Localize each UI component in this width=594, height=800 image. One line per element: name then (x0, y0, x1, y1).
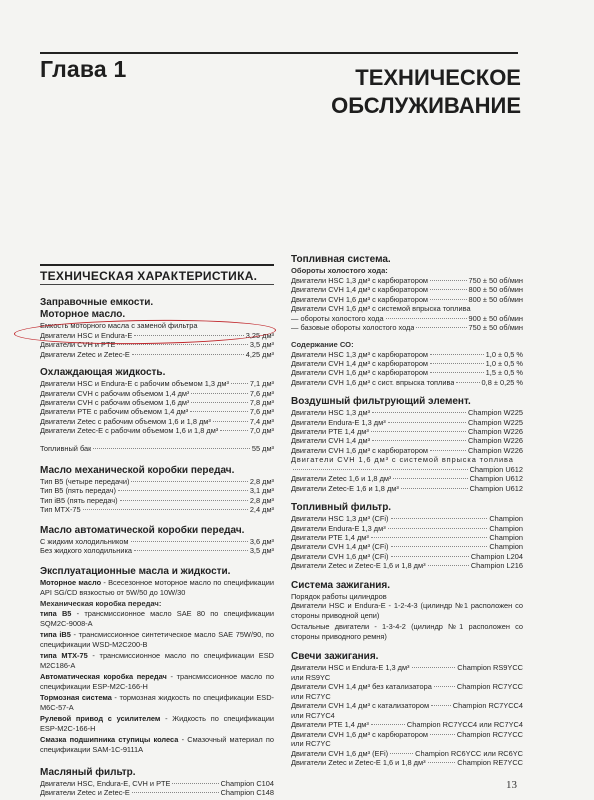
spec-label: Двигатели CVH 1,6 дм³ с карбюратором (291, 295, 428, 304)
spec-row: Двигатели Zetec и Zetec-E 1,6 и 1,8 дм³C… (291, 561, 523, 570)
spec-row: Двигатели CVH 1,6 дм³ с карбюратором800 … (291, 295, 523, 304)
spec-label: Двигатели CVH и PTE (40, 340, 115, 349)
spec-label: Двигатели CVH 1,6 дм³ (EFi) (291, 749, 388, 758)
spec-value: Champion C148 (221, 788, 274, 797)
dot-leader (430, 372, 484, 373)
manual-gearbox-heading: Масло механической коробки передач. (40, 465, 274, 477)
air-filter-injection-row: Champion U612 (291, 465, 523, 474)
fluid-brake: Тормозная система - тормозная жидкость п… (40, 693, 274, 713)
spec-label: Двигатели HSC и Endura-E (40, 331, 132, 340)
spec-value: 7,0 дм³ (250, 426, 274, 435)
dot-leader (393, 478, 467, 479)
ignition-heading: Система зажигания. (291, 580, 523, 592)
spark-plugs-heading: Свечи зажигания. (291, 651, 523, 663)
spec-value: 3,5 дм³ (250, 546, 274, 555)
dot-leader (132, 792, 219, 793)
dot-leader (412, 667, 456, 668)
auto-gearbox-list: С жидким холодильником3,6 дм³Без жидкого… (40, 537, 274, 556)
left-column: ТЕХНИЧЕСКАЯ ХАРАКТЕРИСТИКА. Заправочные … (40, 264, 274, 797)
spec-label: Двигатели CVH 1,6 дм³ (CFi) (291, 552, 389, 561)
dot-leader (391, 556, 469, 557)
spec-row: Двигатели HSC 1,3 дм³ с карбюратором1,0 … (291, 350, 523, 359)
fuel-filter-list: Двигатели HSC 1,3 дм³ (CFi)ChampionДвига… (291, 514, 523, 570)
spec-value: 7,6 дм³ (250, 389, 274, 398)
spec-value: Champion RC7YCC4 или RC7YC4 (407, 720, 523, 729)
spec-value: Champion W226 (468, 436, 523, 445)
dot-leader (428, 565, 469, 566)
spec-value: 3,25 дм³ (246, 331, 274, 340)
spec-value: 2,8 дм³ (250, 477, 274, 486)
spec-row: Двигатели CVH с рабочим объемом 1,6 дм³7… (40, 398, 274, 407)
spec-row: Двигатели CVH и PTE3,5 дм³ (40, 340, 274, 349)
spec-row: Двигатели HSC, Endura-E, CVH и PTEChampi… (40, 779, 274, 788)
spec-label: Двигатели Zetec с рабочим объемом 1,6 и … (40, 417, 211, 426)
dot-leader (388, 422, 466, 423)
fluid-b5: типа B5 - трансмиссионное масло SAE 80 п… (40, 609, 274, 629)
dot-leader (416, 327, 466, 328)
spec-row: Тип B5 (четыре передачи)2,8 дм³ (40, 477, 274, 486)
spec-row: Двигатели CVH 1,6 дм³ (CFi)Champion L204 (291, 552, 523, 561)
spec-label: Двигатели CVH 1,4 дм³ (291, 436, 370, 445)
dot-leader (131, 481, 247, 482)
spec-label: Двигатели CVH с рабочим объемом 1,4 дм³ (40, 389, 189, 398)
spec-row: Двигатели CVH 1,4 дм³ с карбюратором1,0 … (291, 359, 523, 368)
spec-label: Двигатели PTE 1,4 дм³ (291, 720, 369, 729)
spec-label: Двигатели Zetec и Zetec-E 1,6 и 1,8 дм³ (291, 561, 426, 570)
dot-leader (190, 411, 248, 412)
spec-label: Двигатели Zetec-E 1,6 и 1,8 дм³ (291, 484, 399, 493)
spec-row: Двигатели Zetec и Zetec-EChampion C148 (40, 788, 274, 797)
dot-leader (118, 490, 248, 491)
engine-oil-note: Емкость моторного масла с заменой фильтр… (40, 321, 274, 331)
spec-label: Двигатели HSC 1,3 дм³ с карбюратором (291, 276, 428, 285)
spec-value: Champion (489, 542, 523, 551)
chapter-label: Глава 1 (40, 56, 127, 83)
chapter-title: ТЕХНИЧЕСКОЕ ОБСЛУЖИВАНИЕ (331, 64, 521, 120)
spark-plug-alt: или RC7YC (291, 739, 523, 749)
air-filter-injection-line: Двигатели CVH 1,6 дм³ с системой впрыска… (291, 455, 523, 465)
spec-row: Двигатели CVH 1,4 дм³ с карбюратором800 … (291, 285, 523, 294)
spark-plug-row: Двигатели PTE 1,4 дм³Champion RC7YCC4 ил… (291, 720, 523, 729)
spark-plug-row: Двигатели CVH 1,6 дм³ с карбюраторомCham… (291, 730, 523, 739)
spec-label: Тип B5 (пять передач) (40, 486, 116, 495)
co-list: Двигатели HSC 1,3 дм³ с карбюратором1,0 … (291, 350, 523, 388)
spec-value: Champion W225 (468, 418, 523, 427)
spec-value: 4,25 дм³ (246, 350, 274, 359)
auto-gearbox-heading: Масло автоматической коробки передач. (40, 525, 274, 537)
spec-row: Двигатели Zetec-E с рабочим объемом 1,6 … (40, 426, 274, 435)
dot-leader (134, 550, 248, 551)
spec-label: Двигатели HSC, Endura-E, CVH и PTE (40, 779, 170, 788)
spec-row: Двигатели HSC и Endura-E с рабочим объем… (40, 379, 274, 388)
dot-leader (401, 488, 468, 489)
spark-plug-alt: или RC7YC (291, 692, 523, 702)
air-filter-list-2: Двигатели Zetec 1,6 и 1,8 дм³Champion U6… (291, 474, 523, 493)
dot-leader (456, 382, 479, 383)
spec-label: Двигатели CVH 1,4 дм³ с карбюратором (291, 359, 428, 368)
dot-leader (430, 299, 467, 300)
spec-value: Champion RC7YCC4 (453, 701, 523, 710)
dot-leader (434, 686, 455, 687)
spec-label: Двигатели Zetec и Zetec-E 1,6 и 1,8 дм³ (291, 758, 426, 767)
spec-value: Champion U612 (470, 484, 523, 493)
spec-label: Двигатели HSC 1,3 дм³ (291, 408, 370, 417)
fluid-engine-oil: Моторное масло - Всесезонное моторное ма… (40, 578, 274, 598)
air-filter-heading: Воздушный фильтрующий элемент. (291, 396, 523, 408)
dot-leader (372, 412, 466, 413)
spec-value: Champion (489, 514, 523, 523)
firing-order-label: Порядок работы цилиндров (291, 592, 523, 602)
fuel-tank-label: Топливный бак (40, 444, 91, 453)
dot-leader (371, 724, 405, 725)
dot-leader (430, 289, 467, 290)
spec-row: Двигатели PTE 1,4 дм³Champion (291, 533, 523, 542)
spec-label: Двигатели PTE с рабочим объемом 1,4 дм³ (40, 407, 188, 416)
spec-value: Champion RC7YCC (457, 682, 523, 691)
spec-value: 750 ± 50 об/мин (469, 276, 523, 285)
engine-oil-heading: Моторное масло. (40, 309, 274, 321)
dot-leader (220, 430, 248, 431)
firing-order-line2: Остальные двигатели - 1-3-4-2 (цилиндр №… (291, 622, 523, 642)
fluid-steering: Рулевой привод с усилителем - Жидкость п… (40, 714, 274, 734)
spec-row: Двигатели PTE 1,4 дм³Champion W226 (291, 427, 523, 436)
air-filter-injection-value: Champion U612 (470, 465, 523, 474)
spec-label: Двигатели Endura-E 1,3 дм³ (291, 524, 386, 533)
fuel-tank-value: 55 дм³ (252, 444, 274, 453)
manual-page: Глава 1 ТЕХНИЧЕСКОЕ ОБСЛУЖИВАНИЕ ТЕХНИЧЕ… (0, 0, 594, 800)
spec-row: Двигатели CVH 1,4 дм³Champion W226 (291, 436, 523, 445)
spec-value: Champion C104 (221, 779, 274, 788)
spec-label: Двигатели CVH 1,6 дм³ с карбюратором (291, 368, 428, 377)
spec-label: Двигатели HSC 1,3 дм³ (CFi) (291, 514, 389, 523)
spec-value: 7,6 дм³ (250, 407, 274, 416)
spec-label: Двигатели PTE 1,4 дм³ (291, 533, 369, 542)
spec-row: Двигатели Zetec-E 1,6 и 1,8 дм³Champion … (291, 484, 523, 493)
spec-row: Двигатели CVH с рабочим объемом 1,4 дм³7… (40, 389, 274, 398)
dot-leader (231, 383, 248, 384)
spec-value: Champion W225 (468, 408, 523, 417)
spec-label: Двигатели CVH 1,6 дм³ с карбюратором (291, 446, 428, 455)
idle-speed-heading: Обороты холостого хода: (291, 266, 523, 276)
fuel-filter-heading: Топливный фильтр. (291, 502, 523, 514)
spec-row: Двигатели Zetec 1,6 и 1,8 дм³Champion U6… (291, 474, 523, 483)
spec-value: Champion L204 (471, 552, 523, 561)
spec-label: Двигатели Zetec и Zetec-E (40, 788, 130, 797)
spec-row: Без жидкого холодильника3,5 дм³ (40, 546, 274, 555)
coolant-heading: Охлаждающая жидкость. (40, 367, 274, 379)
dot-leader (131, 541, 248, 542)
spec-row: Двигатели CVH 1,6 дм³ с карбюратором1,5 … (291, 368, 523, 377)
section-rule (40, 264, 274, 266)
dot-leader (120, 500, 248, 501)
spec-value: 1,5 ± 0,5 % (486, 368, 523, 377)
spark-plug-row: Двигатели HSC и Endura-E 1,3 дм³Champion… (291, 663, 523, 672)
spec-value: 3,5 дм³ (250, 340, 274, 349)
dot-leader (391, 546, 488, 547)
dot-leader (132, 354, 244, 355)
spec-label: — обороты холостого хода (291, 314, 384, 323)
spec-label: Двигатели Zetec и Zetec-E (40, 350, 130, 359)
dot-leader (83, 509, 248, 510)
dot-leader (431, 705, 451, 706)
spec-value: Champion U612 (470, 474, 523, 483)
spec-value: 900 ± 50 об/мин (469, 314, 523, 323)
co-heading: Содержание СО: (291, 340, 523, 350)
spec-value: Champion RC7YCC (457, 730, 523, 739)
engine-oil-list: Двигатели HSC и Endura-E3,25 дм³Двигател… (40, 331, 274, 359)
spec-value: Champion RE7YCC (457, 758, 523, 767)
spec-row: Двигатели PTE с рабочим объемом 1,4 дм³7… (40, 407, 274, 416)
spec-label: Двигатели CVH 1,4 дм³ с карбюратором (291, 285, 428, 294)
capacities-heading: Заправочные емкости. (40, 297, 274, 309)
spec-row: С жидким холодильником3,6 дм³ (40, 537, 274, 546)
dot-leader (371, 537, 488, 538)
spec-value: 2,8 дм³ (250, 496, 274, 505)
dot-leader (191, 402, 247, 403)
dot-leader (386, 318, 467, 319)
fuel-system-heading: Топливная система. (291, 254, 523, 266)
dot-leader (430, 450, 466, 451)
spec-label: Двигатели HSC 1,3 дм³ с карбюратором (291, 350, 428, 359)
spec-value: 800 ± 50 об/мин (469, 285, 523, 294)
spec-label: Двигатели CVH 1,6 дм³ с сист. впрыска то… (291, 378, 454, 387)
oil-filter-list: Двигатели HSC, Endura-E, CVH и PTEChampi… (40, 779, 274, 798)
spec-label: Без жидкого холодильника (40, 546, 132, 555)
spec-label: Двигатели CVH 1,4 дм³ без катализатора (291, 682, 432, 691)
fluid-mtx75: типа MTX-75 - трансмиссионное масло по с… (40, 651, 274, 671)
spec-value: Champion W226 (468, 427, 523, 436)
fuel-tank-row: Топливный бак 55 дм³ (40, 444, 274, 453)
spec-row: Двигатели HSC 1,3 дм³ (CFi)Champion (291, 514, 523, 523)
spec-row: Двигатели HSC и Endura-E3,25 дм³ (40, 331, 274, 340)
spec-value: Champion RS9YCC (457, 663, 523, 672)
spec-label: Двигатели CVH 1,4 дм³ (CFi) (291, 542, 389, 551)
spark-plug-row: Двигатели Zetec и Zetec-E 1,6 и 1,8 дм³C… (291, 758, 523, 767)
spark-plugs-list: Двигатели HSC и Endura-E 1,3 дм³Champion… (291, 663, 523, 767)
spec-value: 7,4 дм³ (250, 417, 274, 426)
spec-label: Двигатели PTE 1,4 дм³ (291, 427, 369, 436)
spec-value: 7,8 дм³ (250, 398, 274, 407)
dot-leader (191, 393, 247, 394)
spark-plug-alt: или RC7YC4 (291, 711, 523, 721)
spec-label: Двигатели HSC и Endura-E 1,3 дм³ (291, 663, 410, 672)
coolant-list: Двигатели HSC и Endura-E с рабочим объем… (40, 379, 274, 435)
spec-value: 2,4 дм³ (250, 505, 274, 514)
spec-label: С жидким холодильником (40, 537, 129, 546)
dot-leader (430, 363, 484, 364)
spec-value: 7,1 дм³ (250, 379, 274, 388)
firing-order-line1: Двигатели HSC и Endura-E - 1-2-4-3 (цили… (291, 601, 523, 621)
spark-plug-alt: или RS9YC (291, 673, 523, 683)
injection-idle-list: — обороты холостого хода900 ± 50 об/мин—… (291, 314, 523, 333)
idle-speed-list: Двигатели HSC 1,3 дм³ с карбюратором750 … (291, 276, 523, 304)
air-filter-list: Двигатели HSC 1,3 дм³Champion W225Двигат… (291, 408, 523, 455)
spec-row: Двигатели Endura-E 1,3 дм³Champion W225 (291, 418, 523, 427)
spec-value: 1,0 ± 0,5 % (486, 359, 523, 368)
spec-value: Champion (489, 533, 523, 542)
spec-value: 3,1 дм³ (250, 486, 274, 495)
spec-label: — базовые обороты холостого хода (291, 323, 414, 332)
right-column: Топливная система. Обороты холостого ход… (291, 254, 523, 767)
spec-label: Двигатели CVH 1,6 дм³ с карбюратором (291, 730, 428, 739)
spec-row: Тип B5 (пять передач)3,1 дм³ (40, 486, 274, 495)
section-title: ТЕХНИЧЕСКАЯ ХАРАКТЕРИСТИКА. (40, 272, 274, 285)
dot-leader (391, 518, 488, 519)
dot-leader (430, 734, 455, 735)
fluids-heading: Эксплуатационные масла и жидкости. (40, 566, 274, 578)
spec-value: 0,8 ± 0,25 % (482, 378, 523, 387)
dot-leader (213, 421, 248, 422)
spec-label: Двигатели Zetec 1,6 и 1,8 дм³ (291, 474, 391, 483)
spec-row: Двигатели CVH 1,6 дм³ с карбюраторомCham… (291, 446, 523, 455)
fluid-ib5: типа iB5 - трансмиссионное синтетическое… (40, 630, 274, 650)
dot-leader (372, 440, 466, 441)
dot-leader (428, 762, 456, 763)
spec-value: Champion W226 (468, 446, 523, 455)
chapter-title-line1: ТЕХНИЧЕСКОЕ (331, 64, 521, 92)
spec-value: 750 ± 50 об/мин (469, 323, 523, 332)
spec-row: Двигатели CVH 1,6 дм³ с сист. впрыска то… (291, 378, 523, 387)
dot-leader (172, 783, 218, 784)
spec-row: Тип iB5 (пять передач)2,8 дм³ (40, 496, 274, 505)
spec-value: 800 ± 50 об/мин (469, 295, 523, 304)
spec-label: Тип iB5 (пять передач) (40, 496, 118, 505)
spec-row: — обороты холостого хода900 ± 50 об/мин (291, 314, 523, 323)
dot-leader (390, 753, 413, 754)
spec-row: Двигатели Endura-E 1,3 дм³Champion (291, 524, 523, 533)
header-rule (40, 52, 518, 54)
spec-row: Двигатели Zetec и Zetec-E4,25 дм³ (40, 350, 274, 359)
fluid-manual-heading: Механическая коробка передач: (40, 599, 274, 609)
oil-filter-heading: Масляный фильтр. (40, 767, 274, 779)
spec-row: Тип MTX-752,4 дм³ (40, 505, 274, 514)
injection-line: Двигатели CVH 1,6 дм³ с системой впрыска… (291, 304, 523, 314)
spec-row: — базовые обороты холостого хода750 ± 50… (291, 323, 523, 332)
dot-leader (430, 354, 484, 355)
spec-label: Тип B5 (четыре передачи) (40, 477, 129, 486)
spec-value: Champion (489, 524, 523, 533)
dot-leader (117, 344, 247, 345)
manual-gearbox-list: Тип B5 (четыре передачи)2,8 дм³Тип B5 (п… (40, 477, 274, 515)
spark-plug-row: Двигатели CVH 1,4 дм³ с катализаторомCha… (291, 701, 523, 710)
dot-leader (371, 431, 466, 432)
spec-label: Двигатели Endura-E 1,3 дм³ (291, 418, 386, 427)
spec-value: 3,6 дм³ (250, 537, 274, 546)
spec-row: Двигатели HSC 1,3 дм³Champion W225 (291, 408, 523, 417)
page-number: 13 (506, 779, 517, 791)
spec-value: Champion L216 (471, 561, 523, 570)
dot-leader (388, 528, 488, 529)
spec-row: Двигатели CVH 1,4 дм³ (CFi)Champion (291, 542, 523, 551)
spec-label: Тип MTX-75 (40, 505, 81, 514)
spec-value: Champion RC6YCC или RC6YC (415, 749, 523, 758)
dot-leader (430, 280, 467, 281)
dot-leader (134, 335, 243, 336)
spec-row: Двигатели HSC 1,3 дм³ с карбюратором750 … (291, 276, 523, 285)
spark-plug-row: Двигатели CVH 1,6 дм³ (EFi)Champion RC6Y… (291, 749, 523, 758)
spec-row: Двигатели Zetec с рабочим объемом 1,6 и … (40, 417, 274, 426)
spec-label: Двигатели Zetec-E с рабочим объемом 1,6 … (40, 426, 218, 435)
spec-label: Двигатели CVH 1,4 дм³ с катализатором (291, 701, 429, 710)
spec-label: Двигатели CVH с рабочим объемом 1,6 дм³ (40, 398, 189, 407)
fluid-auto-gearbox: Автоматическая коробка передач - трансми… (40, 672, 274, 692)
chapter-title-line2: ОБСЛУЖИВАНИЕ (331, 92, 521, 120)
fluid-hub-grease: Смазка подшипника ступицы колеса - Смазо… (40, 735, 274, 755)
spec-label: Двигатели HSC и Endura-E с рабочим объем… (40, 379, 229, 388)
spec-value: 1,0 ± 0,5 % (486, 350, 523, 359)
spark-plug-row: Двигатели CVH 1,4 дм³ без катализатораCh… (291, 682, 523, 691)
